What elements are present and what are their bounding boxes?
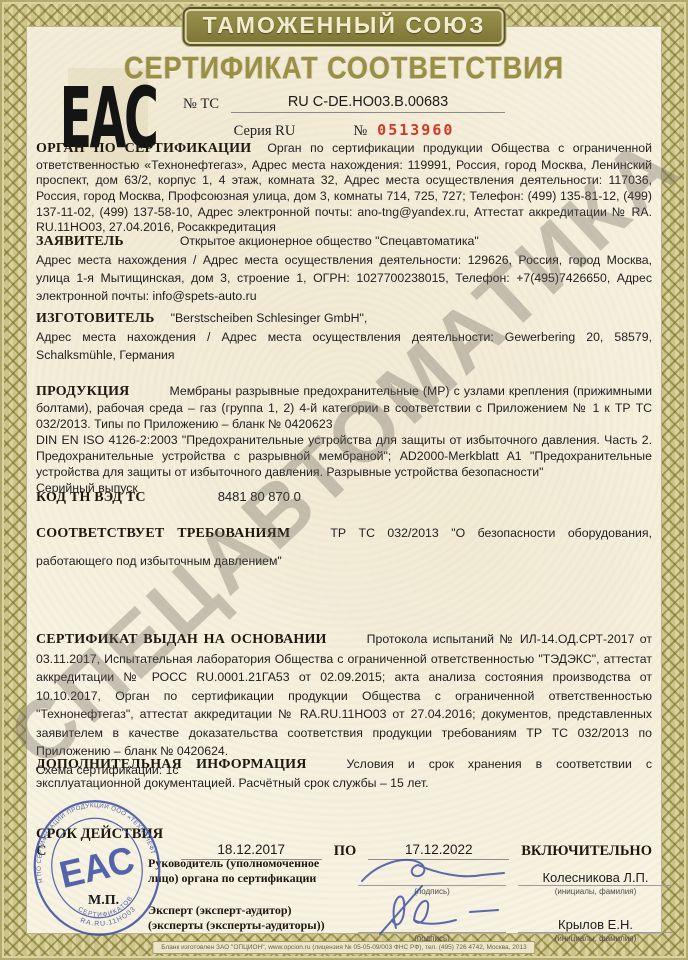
expert-name: Крылов Е.Н.	[518, 908, 673, 933]
expert-signature	[358, 884, 506, 936]
section-applicant: ЗАЯВИТЕЛЬОткрытое акционерное общество "…	[36, 232, 652, 306]
series-number-value: 0513960	[377, 121, 454, 139]
product-standards: DIN EN ISO 4126-2:2003 "Предохранительны…	[36, 433, 652, 481]
signature-block: Руководитель (уполномоченное лицо) орган…	[148, 856, 653, 943]
applicant-name: Открытое акционерное общество "Спецавтом…	[180, 234, 479, 248]
manufacturer-details: Адрес места нахождения / Адрес места осу…	[36, 329, 652, 365]
section-requirements: СООТВЕТСТВУЕТ ТРЕБОВАНИЯМТР ТС 032/2013 …	[36, 520, 652, 574]
stamp-placeholder-mp: М.П.	[88, 893, 119, 909]
certificate-page: ТАМОЖЕННЫЙ СОЮЗ EAC СЕРТИФИКАТ СООТВЕТСТ…	[0, 0, 688, 960]
signature-line	[358, 908, 506, 933]
series-row: Серия RU № 0513960	[0, 121, 688, 140]
signature-line	[358, 861, 506, 886]
series-label: Серия RU	[234, 123, 296, 140]
stamp-eac-letters: ЕАС	[56, 838, 139, 896]
section-tnved-code: КОД ТН ВЭД ТС8481 80 870 0	[36, 488, 652, 508]
certificate-number-row: № ТС RU C-DE.HO03.B.00683	[0, 94, 688, 113]
name-caption: (инициалы, фамилия)	[518, 886, 673, 896]
head-role: Руководитель (уполномоченное лицо) орган…	[148, 856, 346, 896]
section-label: ЗАЯВИТЕЛЬ	[36, 234, 124, 249]
section-label: ИЗГОТОВИТЕЛЬ	[36, 311, 155, 326]
applicant-details: Адрес места нахождения / Адрес места осу…	[36, 252, 652, 305]
section-label: ДОПОЛНИТЕЛЬНАЯ ИНФОРМАЦИЯ	[36, 757, 307, 772]
expert-signature-cell: (подпись)	[358, 908, 506, 943]
customs-union-badge-text: ТАМОЖЕННЫЙ СОЮЗ	[203, 12, 486, 38]
certificate-title: СЕРТИФИКАТ СООТВЕТСТВИЯ	[0, 53, 688, 84]
customs-union-badge: ТАМОЖЕННЫЙ СОЮЗ	[183, 7, 506, 46]
cert-number-label: № ТС	[183, 96, 219, 113]
tnved-code-value: 8481 80 870 0	[218, 489, 301, 504]
section-certification-body: ОРГАН ПО СЕРТИФИКАЦИИОрган по сертификац…	[36, 140, 652, 236]
series-number-sign: №	[353, 123, 367, 140]
section-label: ПРОДУКЦИЯ	[36, 384, 129, 399]
section-label: КОД ТН ВЭД ТС	[36, 490, 146, 505]
expert-name-cell: Крылов Е.Н. (инициалы, фамилия)	[518, 908, 673, 943]
manufacturer-name: "Berstscheiben Schlesinger GmbH",	[171, 311, 368, 325]
section-label: СЕРТИФИКАТ ВЫДАН НА ОСНОВАНИИ	[36, 632, 327, 647]
head-name: Колесникова Л.П.	[518, 861, 673, 886]
section-label: СООТВЕТСТВУЕТ ТРЕБОВАНИЯМ	[36, 526, 290, 541]
blank-manufacturer-note: Бланк изготовлен ЗАО "ОПЦИОН", www.opcio…	[152, 941, 535, 954]
name-caption: (инициалы, фамилия)	[518, 933, 673, 943]
section-product: ПРОДУКЦИЯМембраны разрывные предохраните…	[36, 383, 652, 497]
basis-text: Протокола испытаний № ИЛ-14.ОД.СРТ-2017 …	[36, 632, 652, 758]
section-manufacturer: ИЗГОТОВИТЕЛЬ"Berstscheiben Schlesinger G…	[36, 309, 652, 365]
head-name-cell: Колесникова Л.П. (инициалы, фамилия)	[518, 861, 673, 896]
expert-signature-row: Эксперт (эксперт-аудитор) (эксперты (экс…	[148, 903, 653, 943]
section-label: ОРГАН ПО СЕРТИФИКАЦИИ	[36, 141, 251, 156]
cert-number-value: RU C-DE.HO03.B.00683	[231, 94, 505, 113]
